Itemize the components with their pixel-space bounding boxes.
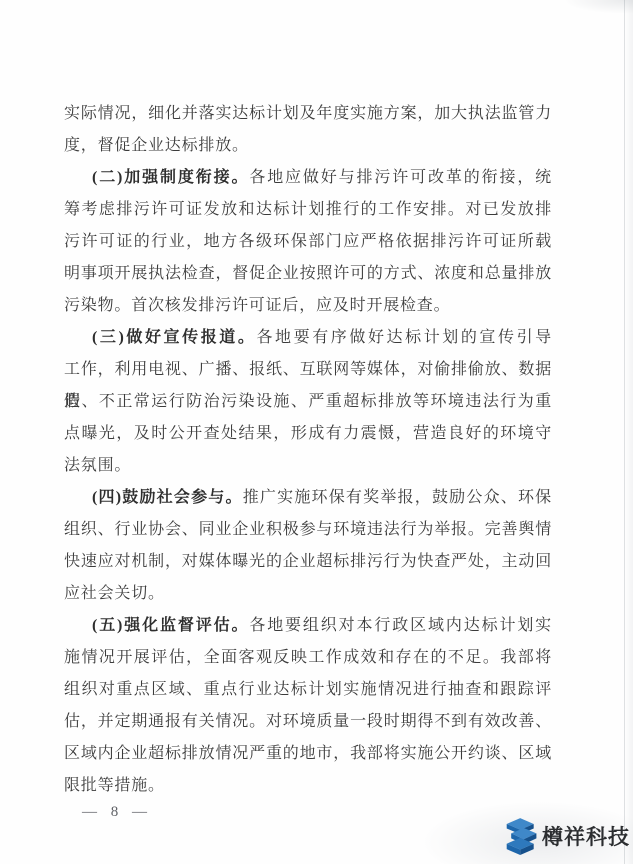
text-line: 假、不正常运行防治污染设施、严重超标排放等环境违法行为重 xyxy=(64,386,552,418)
section-heading: (四)鼓励社会参与。 xyxy=(92,489,243,506)
body-text: 明事项开展执法检查，督促企业按照许可的方式、浓度和总量排放 xyxy=(64,265,552,282)
text-line: 明事项开展执法检查，督促企业按照许可的方式、浓度和总量排放 xyxy=(64,258,552,290)
section-heading: (二)加强制度衔接。 xyxy=(92,169,249,186)
text-line: (二)加强制度衔接。各地应做好与排污许可改革的衔接，统 xyxy=(64,162,552,194)
stacked-layers-logo-icon xyxy=(504,817,540,857)
page-number: — 8 — xyxy=(82,801,152,823)
body-text: 污许可证的行业，地方各级环保部门应严格依据排污许可证所载 xyxy=(64,233,552,250)
body-text: 施情况开展评估，全面客观反映工作成效和存在的不足。我部将 xyxy=(64,649,552,666)
text-line: 污染物。首次核发排污许可证后，应及时开展检查。 xyxy=(64,290,552,322)
body-text: 筹考虑排污许可证发放和达标计划推行的工作安排。对已发放排 xyxy=(64,201,552,218)
body-text: 组织、行业协会、同业企业积极参与环境违法行为举报。完善舆情 xyxy=(64,521,552,538)
scan-page-edge xyxy=(624,0,633,864)
text-line: 组织、行业协会、同业企业积极参与环境违法行为举报。完善舆情 xyxy=(64,514,552,546)
text-line: (三)做好宣传报道。各地要有序做好达标计划的宣传引导 xyxy=(64,322,552,354)
body-text: 估，并定期通报有关情况。对环境质量一段时期得不到有效改善、 xyxy=(64,713,552,730)
body-text: 区域内企业超标排放情况严重的地市，我部将实施公开约谈、区域 xyxy=(64,745,552,762)
body-text: 推广实施环保有奖举报，鼓励公众、环保 xyxy=(243,489,552,506)
body-text: 实际情况，细化并落实达标计划及年度实施方案，加大执法监管力 xyxy=(64,105,552,122)
text-line: (五)强化监督评估。各地要组织对本行政区域内达标计划实 xyxy=(64,610,552,642)
body-text: 应社会关切。 xyxy=(64,585,165,602)
text-line: 估，并定期通报有关情况。对环境质量一段时期得不到有效改善、 xyxy=(64,706,552,738)
body-text: 限批等措施。 xyxy=(64,777,165,794)
text-line: 限批等措施。 xyxy=(64,770,552,802)
body-text: 假、不正常运行防治污染设施、严重超标排放等环境违法行为重 xyxy=(64,393,552,410)
text-line: 施情况开展评估，全面客观反映工作成效和存在的不足。我部将 xyxy=(64,642,552,674)
brand-name: 樽祥科技 xyxy=(542,817,630,857)
section-heading: (五)强化监督评估。 xyxy=(92,617,249,634)
body-text: 污染物。首次核发排污许可证后，应及时开展检查。 xyxy=(64,297,450,314)
document-page: 实际情况，细化并落实达标计划及年度实施方案，加大执法监管力度，督促企业达标排放。… xyxy=(0,0,633,864)
document-text: 实际情况，细化并落实达标计划及年度实施方案，加大执法监管力度，督促企业达标排放。… xyxy=(64,98,552,802)
text-line: 污许可证的行业，地方各级环保部门应严格依据排污许可证所载 xyxy=(64,226,552,258)
body-text: 度，督促企业达标排放。 xyxy=(64,137,249,154)
body-text: 组织对重点区域、重点行业达标计划实施情况进行抽查和跟踪评 xyxy=(64,681,552,698)
text-line: 法氛围。 xyxy=(64,450,552,482)
text-line: 度，督促企业达标排放。 xyxy=(64,130,552,162)
body-text: 法氛围。 xyxy=(64,457,131,474)
text-line: 筹考虑排污许可证发放和达标计划推行的工作安排。对已发放排 xyxy=(64,194,552,226)
text-line: 快速应对机制，对媒体曝光的企业超标排污行为快查严处，主动回 xyxy=(64,546,552,578)
text-line: (四)鼓励社会参与。推广实施环保有奖举报，鼓励公众、环保 xyxy=(64,482,552,514)
text-line: 应社会关切。 xyxy=(64,578,552,610)
text-line: 组织对重点区域、重点行业达标计划实施情况进行抽查和跟踪评 xyxy=(64,674,552,706)
watermark: 樽祥科技 xyxy=(504,817,630,857)
body-text: 各地要组织对本行政区域内达标计划实 xyxy=(249,617,552,634)
scan-corner-smudge xyxy=(563,0,633,14)
body-text: 各地要有序做好达标计划的宣传引导 xyxy=(256,329,552,346)
body-text: 点曝光，及时公开查处结果，形成有力震慑，营造良好的环境守 xyxy=(64,425,552,442)
text-line: 点曝光，及时公开查处结果，形成有力震慑，营造良好的环境守 xyxy=(64,418,552,450)
body-text: 各地应做好与排污许可改革的衔接，统 xyxy=(249,169,552,186)
text-line: 区域内企业超标排放情况严重的地市，我部将实施公开约谈、区域 xyxy=(64,738,552,770)
section-heading: (三)做好宣传报道。 xyxy=(92,329,256,346)
text-line: 工作，利用电视、广播、报纸、互联网等媒体，对偷排偷放、数据造 xyxy=(64,354,552,386)
text-line: 实际情况，细化并落实达标计划及年度实施方案，加大执法监管力 xyxy=(64,98,552,130)
body-text: 快速应对机制，对媒体曝光的企业超标排污行为快查严处，主动回 xyxy=(64,553,552,570)
